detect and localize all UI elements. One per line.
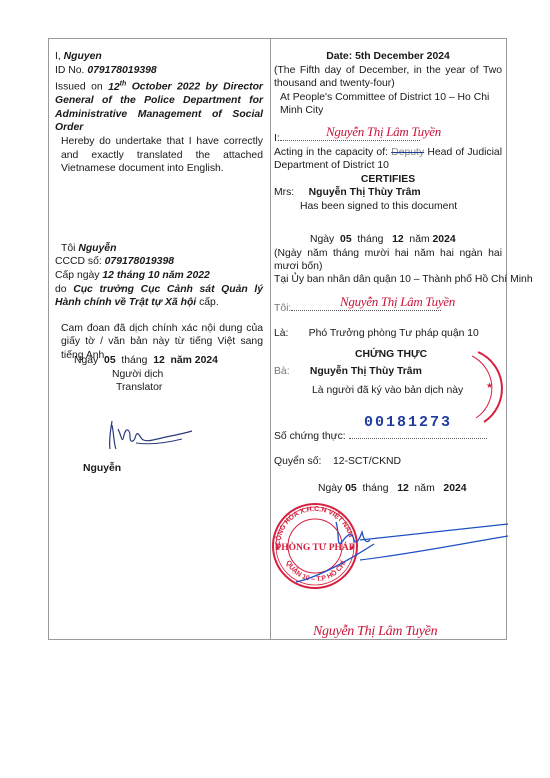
translator-id: ID No. 079178019398 [55, 64, 263, 78]
translator-intro-vi: Tôi Nguyễn [55, 242, 263, 256]
date-words-vi: (Ngày năm tháng mười hai năm hai ngàn ha… [274, 247, 502, 273]
official-signature-vi: Nguyễn Thị Lâm Tuyền [340, 294, 455, 310]
translator-column: I, Nguyen ID No. 079178019398 Issued on … [55, 50, 263, 363]
ba-line: Bà: Nguyễn Thị Thùy Trâm [274, 366, 422, 377]
svg-text:★: ★ [275, 544, 281, 552]
translator-signer-name: Nguyễn [83, 463, 121, 474]
signature-stroke-icon [360, 520, 510, 580]
cap-ngay-line: Cấp ngày 12 tháng 10 năm 2022 [55, 269, 263, 283]
issued-statement: Issued on 12th October 2022 by Director … [55, 77, 263, 135]
official-line-en: I: Nguyễn Thị Lâm Tuyền [274, 130, 502, 146]
official-signature-en: Nguyễn Thị Lâm Tuyền [326, 125, 441, 139]
svg-text:★: ★ [349, 544, 355, 552]
certifies-heading: CERTIFIES [274, 173, 502, 187]
certification-column: Date: 5th December 2024 (The Fifth day o… [274, 50, 502, 214]
date-line-en: Date: 5th December 2024 [274, 50, 502, 64]
quyen-so-line: Quyển số: 12-SCT/CKND [274, 456, 401, 467]
la-nguoi-line: Là người đã ký vào bản dịch này [312, 385, 463, 396]
signed-text-en: Has been signed to this document [274, 200, 502, 214]
translator-role-en: Translator [116, 382, 162, 393]
position-line-vi: Là: Phó Trưởng phòng Tư pháp quận 10 [274, 328, 479, 339]
mrs-line: Mrs: Nguyễn Thị Thùy Trâm [274, 186, 502, 200]
translator-role-vi: Người dịch [112, 369, 163, 380]
final-date-line: Ngày 05 tháng 12 năm 2024 [318, 483, 467, 494]
svg-text:★: ★ [486, 381, 493, 390]
translator-intro: I, Nguyen [55, 50, 263, 64]
date-words-en: (The Fifth day of December, in the year … [274, 64, 502, 91]
capacity-line: Acting in the capacity of: Deputy Head o… [274, 146, 502, 173]
stamp-partial-icon: ★ [470, 350, 510, 425]
authority-line: do Cục trưởng Cục Cảnh sát Quản lý Hành … [55, 283, 263, 310]
translator-date-line: Ngày 05 tháng 12 năm 2024 [74, 355, 218, 366]
location-en: At People's Committee of District 10 – H… [274, 91, 502, 118]
date-line-vi: Ngày 05 tháng 12 năm 2024 [310, 234, 456, 245]
cccd-line: CCCD số: 079178019398 [55, 255, 263, 269]
chung-thuc-heading: CHỨNG THỰC [355, 349, 427, 360]
translator-signature-icon [100, 415, 200, 455]
bottom-official-signature: Nguyễn Thị Lâm Tuyền [313, 624, 437, 640]
so-chung-thuc-line: Số chứng thực: [274, 428, 487, 442]
location-vi: Tại Ủy ban nhân dân quận 10 – Thành phố … [274, 274, 533, 285]
svg-text:PHÒNG TƯ PHÁP: PHÒNG TƯ PHÁP [275, 541, 354, 553]
undertake-statement: Hereby do undertake that I have correctl… [55, 135, 263, 176]
translator-id-value: 079178019398 [87, 65, 156, 76]
translator-name: Nguyen [64, 51, 102, 62]
